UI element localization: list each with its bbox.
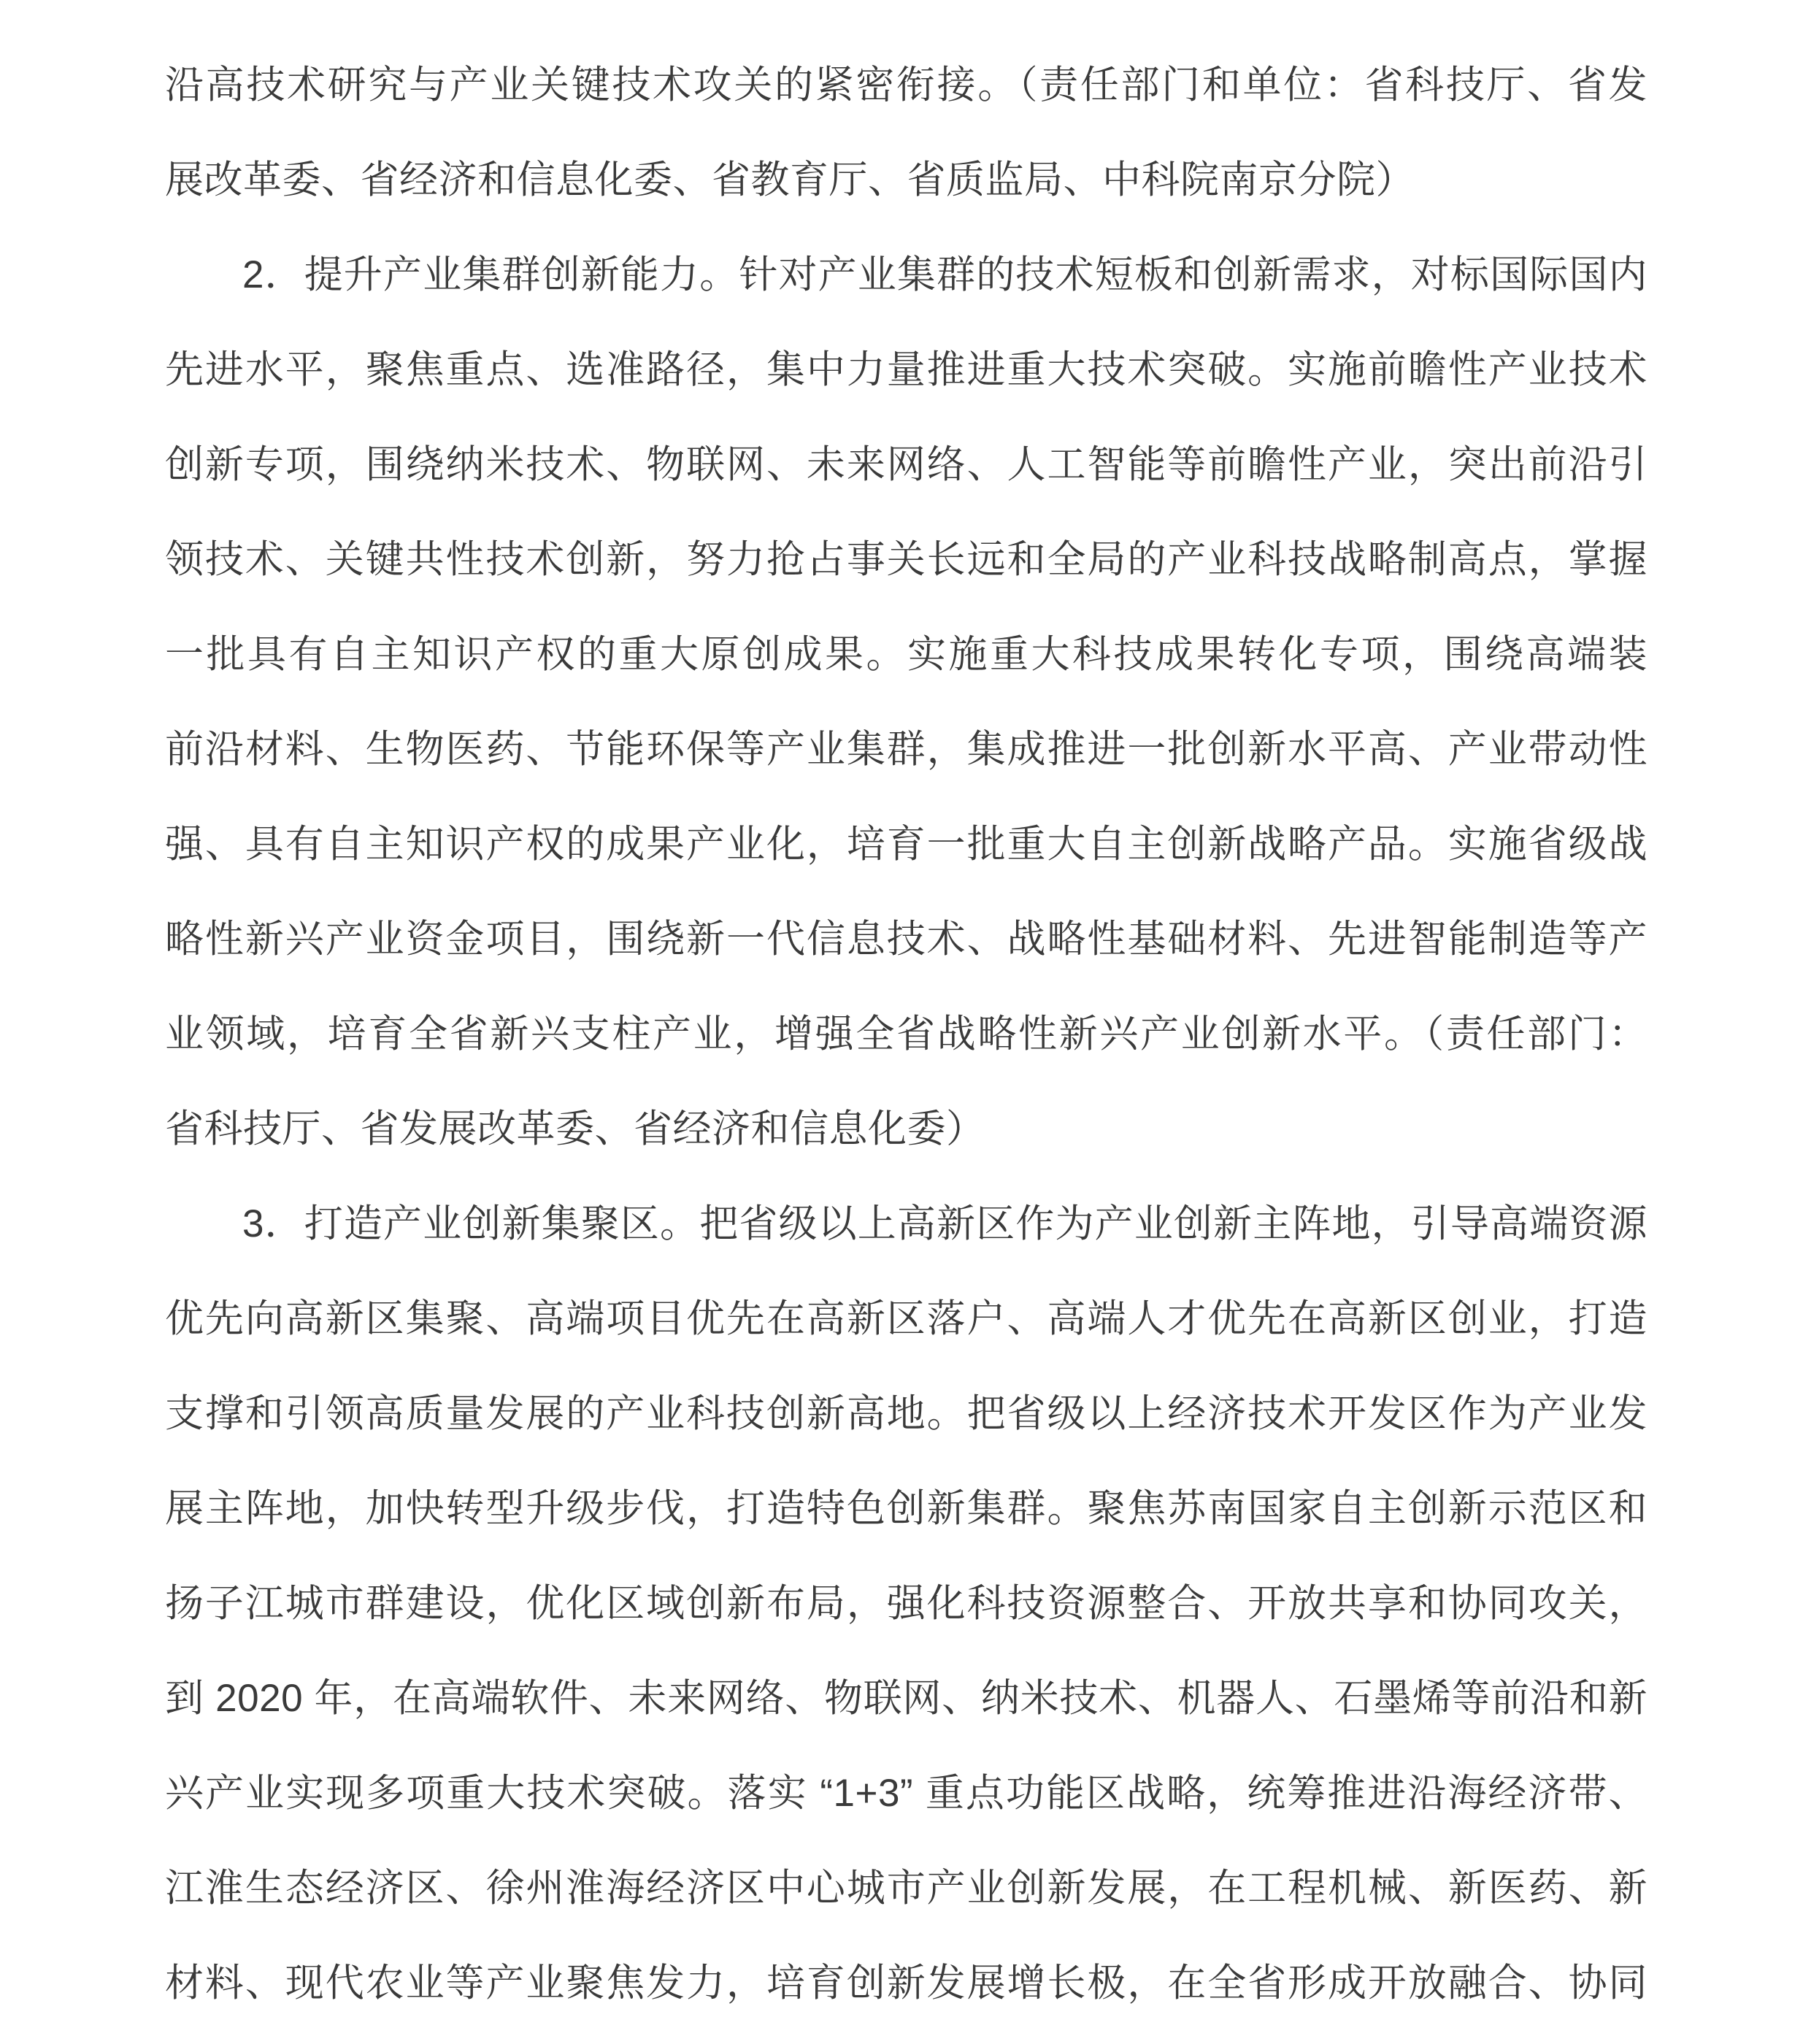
text-line: 前沿材料、生物医药、节能环保等产业集群，集成推进一批创新水平高、产业带动性	[165, 702, 1647, 797]
text-line: 省科技厅、省发展改革委、省经济和信息化委）	[165, 1082, 1647, 1177]
text-line: 一批具有自主知识产权的重大原创成果。实施重大科技成果转化专项，围绕高端装备、	[165, 607, 1647, 702]
text-line: 支撑和引领高质量发展的产业科技创新高地。把省级以上经济技术开发区作为产业发	[165, 1367, 1647, 1461]
text-line: 到 2020 年，在高端软件、未来网络、物联网、纳米技术、机器人、石墨烯等前沿和…	[165, 1651, 1647, 1746]
text-line: 沿高技术研究与产业关键技术攻关的紧密衔接。（责任部门和单位：省科技厅、省发	[165, 38, 1647, 133]
text-line: 业领域，培育全省新兴支柱产业，增强全省战略性新兴产业创新水平。（责任部门：	[165, 987, 1647, 1082]
text-line: 3．打造产业创新集聚区。把省级以上高新区作为产业创新主阵地，引导高端资源	[165, 1177, 1647, 1272]
document-body: 沿高技术研究与产业关键技术攻关的紧密衔接。（责任部门和单位：省科技厅、省发展改革…	[165, 38, 1647, 2031]
text-line: 创新专项，围绕纳米技术、物联网、未来网络、人工智能等前瞻性产业，突出前沿引	[165, 418, 1647, 512]
text-line: 优先向高新区集聚、高端项目优先在高新区落户、高端人才优先在高新区创业，打造	[165, 1272, 1647, 1367]
text-line: 兴产业实现多项重大技术突破。落实 “1+3” 重点功能区战略，统筹推进沿海经济带…	[165, 1746, 1647, 1841]
text-line: 扬子江城市群建设，优化区域创新布局，强化科技资源整合、开放共享和协同攻关，	[165, 1556, 1647, 1651]
text-line: 略性新兴产业资金项目，围绕新一代信息技术、战略性基础材料、先进智能制造等产	[165, 892, 1647, 987]
text-line: 展主阵地，加快转型升级步伐，打造特色创新集群。聚焦苏南国家自主创新示范区和	[165, 1461, 1647, 1556]
text-line: 展改革委、省经济和信息化委、省教育厅、省质监局、中科院南京分院）	[165, 133, 1647, 228]
document-page: 沿高技术研究与产业关键技术攻关的紧密衔接。（责任部门和单位：省科技厅、省发展改革…	[0, 0, 1811, 2044]
text-line: 强、具有自主知识产权的成果产业化，培育一批重大自主创新战略产品。实施省级战	[165, 797, 1647, 892]
text-line: 领技术、关键共性技术创新，努力抢占事关长远和全局的产业科技战略制高点，掌握	[165, 512, 1647, 607]
text-line: 材料、现代农业等产业聚焦发力，培育创新发展增长极，在全省形成开放融合、协同	[165, 1936, 1647, 2031]
text-line: 江淮生态经济区、徐州淮海经济区中心城市产业创新发展，在工程机械、新医药、新	[165, 1841, 1647, 1936]
text-line: 先进水平，聚焦重点、选准路径，集中力量推进重大技术突破。实施前瞻性产业技术	[165, 323, 1647, 418]
text-line: 2．提升产业集群创新能力。针对产业集群的技术短板和创新需求，对标国际国内	[165, 228, 1647, 323]
